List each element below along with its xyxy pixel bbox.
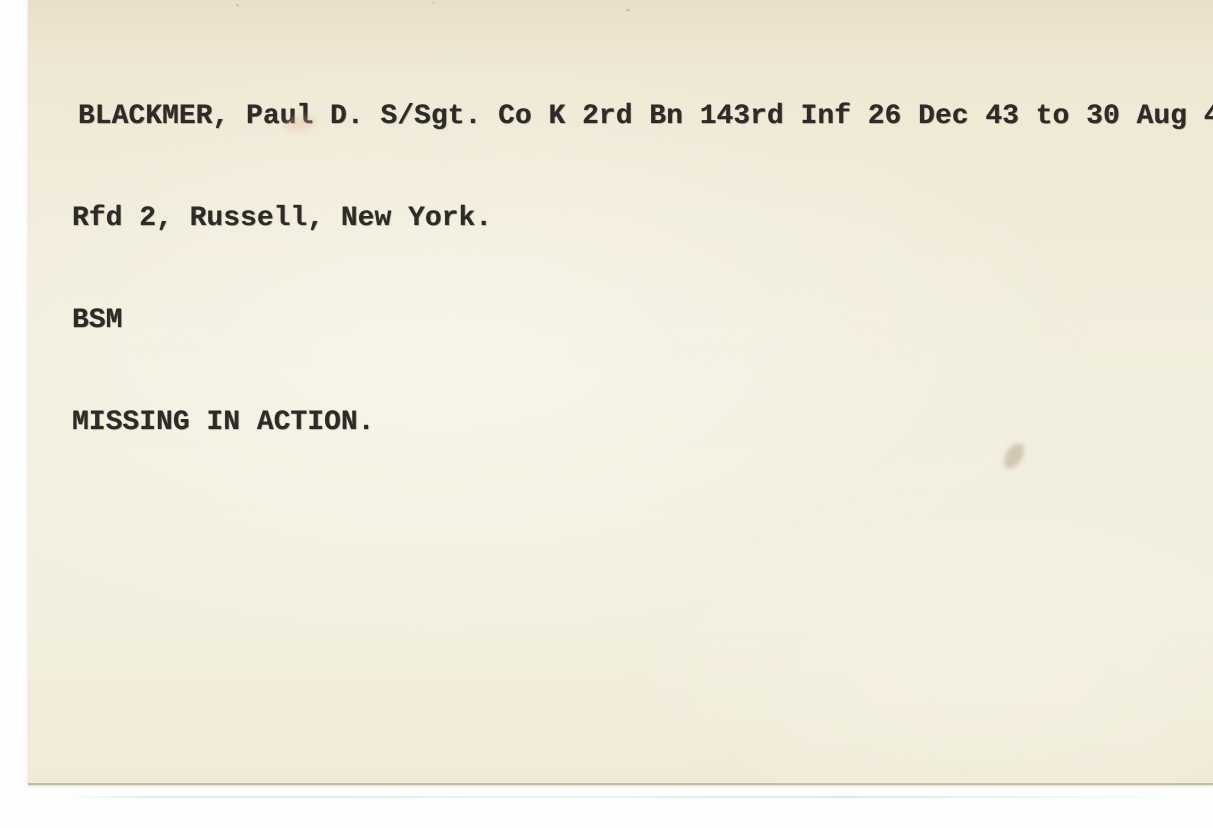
service-record-line: BLACKMER, Paul D. S/Sgt. Co K 2rd Bn 143… xyxy=(72,100,1213,134)
scanner-artifact-line xyxy=(70,796,1180,798)
scanned-page: BLACKMER, Paul D. S/Sgt. Co K 2rd Bn 143… xyxy=(0,0,1213,828)
paper-speck xyxy=(236,4,239,6)
address-line: Rfd 2, Russell, New York. xyxy=(72,202,1213,236)
status-line: MISSING IN ACTION. xyxy=(72,406,1213,440)
paper-speck xyxy=(626,9,630,11)
award-line: BSM xyxy=(72,304,1213,338)
index-card: BLACKMER, Paul D. S/Sgt. Co K 2rd Bn 143… xyxy=(28,0,1213,785)
paper-speck xyxy=(432,2,435,4)
typed-text-block: BLACKMER, Paul D. S/Sgt. Co K 2rd Bn 143… xyxy=(72,32,1213,508)
